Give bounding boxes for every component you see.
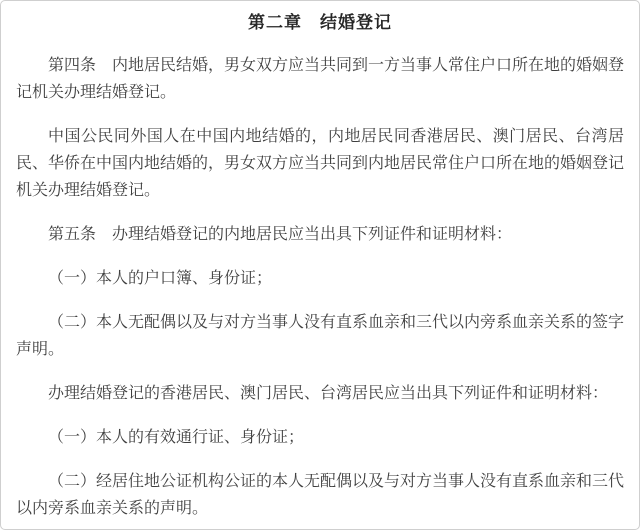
paragraph-article-5: 第五条 办理结婚登记的内地居民应当出具下列证件和证明材料： [16, 221, 624, 248]
document-page: 第二章 结婚登记 第四条 内地居民结婚，男女双方应当共同到一方当事人常住户口所在… [0, 0, 640, 530]
paragraph-article-5-item-2: （二）本人无配偶以及与对方当事人没有直系血亲和三代以内旁系血亲关系的签字声明。 [16, 309, 624, 363]
paragraph-article-4: 第四条 内地居民结婚，男女双方应当共同到一方当事人常住户口所在地的婚姻登记机关办… [16, 52, 624, 106]
chapter-title: 第二章 结婚登记 [16, 9, 624, 36]
document-body: 第四条 内地居民结婚，男女双方应当共同到一方当事人常住户口所在地的婚姻登记机关办… [16, 52, 624, 522]
paragraph-hmt-item-1: （一）本人的有效通行证、身份证； [16, 424, 624, 451]
paragraph-hmt-item-2: （二）经居住地公证机构公证的本人无配偶以及与对方当事人没有直系血亲和三代以内旁系… [16, 468, 624, 522]
paragraph-hk-macao-taiwan: 办理结婚登记的香港居民、澳门居民、台湾居民应当出具下列证件和证明材料： [16, 380, 624, 407]
paragraph-article-5-item-1: （一）本人的户口簿、身份证； [16, 265, 624, 292]
paragraph-article-4-foreign: 中国公民同外国人在中国内地结婚的，内地居民同香港居民、澳门居民、台湾居民、华侨在… [16, 123, 624, 204]
